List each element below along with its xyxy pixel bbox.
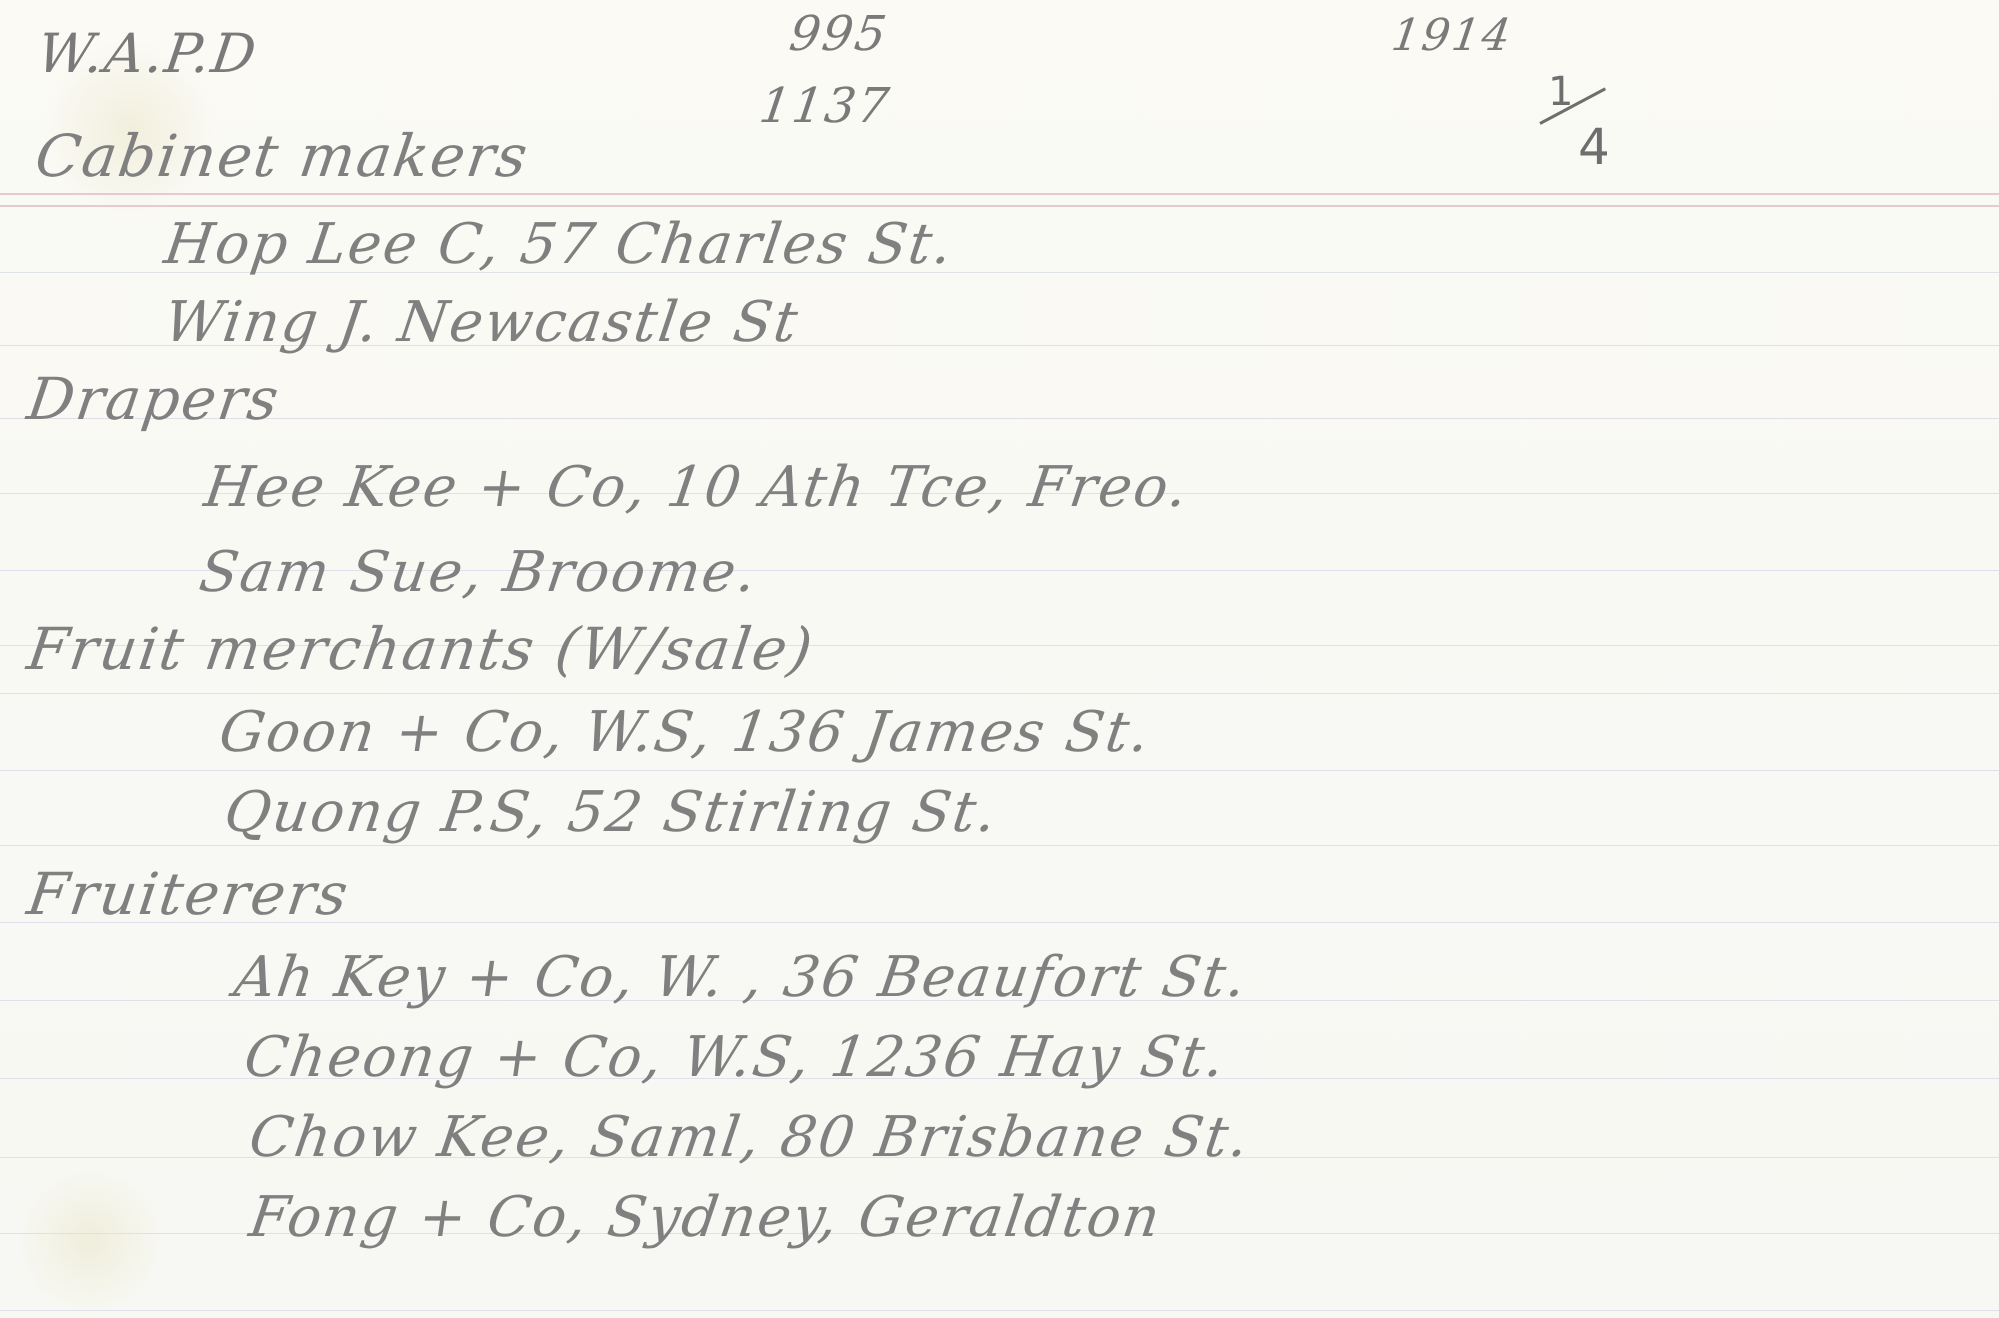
header-rule-red — [0, 205, 1999, 207]
reference-number-top: 995 — [786, 6, 891, 62]
section-heading-drapers: Drapers — [23, 365, 284, 433]
ruled-line — [0, 693, 1999, 694]
reference-number-bottom: 1137 — [756, 78, 894, 134]
section-heading-cabinet-makers: Cabinet makers — [31, 122, 533, 190]
section-heading-fruiterers: Fruiterers — [23, 860, 354, 928]
paper-stain — [20, 1160, 160, 1318]
card-fraction-denominator: 4 — [1578, 122, 1610, 172]
entry-hee-kee: Hee Kee + Co, 10 Ath Tce, Freo. — [200, 455, 1193, 520]
entry-goon-co: Goon + Co, W.S, 136 James St. — [215, 700, 1155, 765]
entry-cheong-co: Cheong + Co, W.S, 1236 Hay St. — [240, 1025, 1230, 1090]
entry-chow-kee: Chow Kee, Saml, 80 Brisbane St. — [245, 1105, 1254, 1170]
ruled-line — [0, 1310, 1999, 1311]
entry-quong-ps: Quong P.S, 52 Stirling St. — [220, 780, 1001, 845]
header-rule-red — [0, 193, 1999, 195]
entry-wing-j: Wing J. Newcastle St — [160, 290, 803, 355]
year: 1914 — [1388, 10, 1515, 61]
entry-hop-lee: Hop Lee C, 57 Charles St. — [160, 212, 957, 277]
entry-sam-sue: Sam Sue, Broome. — [195, 540, 761, 605]
section-heading-fruit-merchants: Fruit merchants (W/sale) — [23, 615, 818, 683]
index-card: W.A.P.D 995 1137 1914 1 4 Cabinet makers… — [0, 0, 1999, 1318]
entry-fong-co: Fong + Co, Sydney, Geraldton — [245, 1185, 1165, 1250]
entry-ah-key: Ah Key + Co, W. , 36 Beaufort St. — [230, 945, 1251, 1010]
card-code: W.A.P.D — [34, 22, 262, 85]
ruled-line — [0, 845, 1999, 846]
ruled-line — [0, 418, 1999, 419]
ruled-line — [0, 770, 1999, 771]
